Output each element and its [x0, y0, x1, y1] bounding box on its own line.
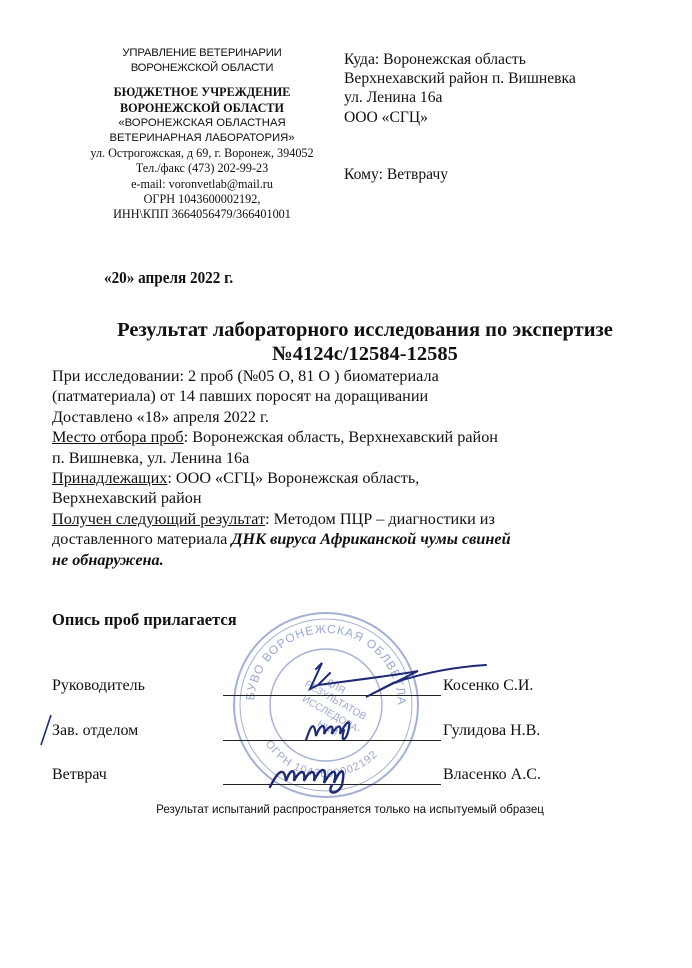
sampling-place: Место отбора проб: Воронежская область, … [52, 427, 652, 447]
result-highlight-2: не обнаружена. [52, 550, 652, 570]
role-dept: Зав. отделом [52, 722, 138, 740]
institution-line-1: БЮДЖЕТНОЕ УЧРЕЖДЕНИЕ [52, 85, 352, 100]
recipient-whom: Кому: Ветврачу [344, 165, 684, 184]
title-line-2: №4124с/12584-12585 [40, 342, 690, 366]
issuer-phone: Тел./факс (473) 202-99-23 [52, 161, 352, 176]
signature-dept-icon [300, 710, 370, 746]
result-line-2: доставленного материала ДНК вируса Африк… [52, 529, 652, 549]
recipient-line-2: Верхнехавский район п. Вишневка [344, 69, 684, 88]
sampling-place-value: : Воронежская область, Верхнехавский рай… [184, 428, 498, 446]
result-line-1: Получен следующий результат: Методом ПЦР… [52, 509, 642, 529]
issuer-address: ул. Острогожская, д 69, г. Воронеж, 3940… [52, 146, 352, 161]
recipient-line-4: ООО «СГЦ» [344, 108, 684, 127]
institution-name-1: «ВОРОНЕЖСКАЯ ОБЛАСТНАЯ [52, 116, 352, 131]
signature-head-icon [258, 655, 488, 710]
name-vet: Власенко А.С. [443, 766, 541, 784]
issuer-ogrn: ОГРН 1043600002192, [52, 192, 352, 207]
owner: Принадлежащих: ООО «СГЦ» Воронежская обл… [52, 468, 652, 488]
department-line-2: ВОРОНЕЖСКОЙ ОБЛАСТИ [52, 61, 352, 76]
institution-name-2: ВЕТЕРИНАРНАЯ ЛАБОРАТОРИЯ» [52, 131, 352, 146]
signature-row-vet: Ветврач Власенко А.С. [52, 766, 672, 788]
document-body: При исследовании: 2 проб (№05 О, 81 О ) … [52, 366, 652, 570]
issuer-header: УПРАВЛЕНИЕ ВЕТЕРИНАРИИ ВОРОНЕЖСКОЙ ОБЛАС… [52, 46, 352, 222]
owner-label: Принадлежащих [52, 469, 167, 487]
issuer-inn-kpp: ИНН\КПП 3664056479/366401001 [52, 207, 352, 222]
issuer-email: e-mail: voronvetlab@mail.ru [52, 177, 352, 192]
signature-vet-icon [266, 755, 362, 797]
title-line-1: Результат лабораторного исследования по … [40, 318, 690, 342]
check-mark-icon [38, 713, 54, 747]
study-line-2: (патматериала) от 14 павших поросят на д… [52, 386, 652, 406]
recipient-line-3: ул. Ленина 16а [344, 88, 684, 107]
result-method: : Методом ПЦР – диагностики из [265, 510, 495, 528]
result-material: доставленного материала [52, 530, 231, 548]
department-line-1: УПРАВЛЕНИЕ ВЕТЕРИНАРИИ [52, 46, 352, 61]
result-highlight-1: ДНК вируса Африканской чумы свиней [231, 530, 510, 548]
sampling-place-label: Место отбора проб [52, 428, 184, 446]
document-title: Результат лабораторного исследования по … [40, 318, 690, 366]
study-line-1: При исследовании: 2 проб (№05 О, 81 О ) … [52, 366, 652, 386]
name-dept: Гулидова Н.В. [443, 722, 540, 740]
owner-value: : ООО «СГЦ» Воронежская область, [167, 469, 419, 487]
appendix-note: Опись проб прилагается [52, 610, 237, 630]
role-head: Руководитель [52, 677, 145, 695]
recipient-block: Куда: Воронежская область Верхнехавский … [344, 50, 684, 184]
recipient-line-1: Куда: Воронежская область [344, 50, 684, 69]
delivered-date: Доставлено «18» апреля 2022 г. [52, 407, 652, 427]
role-vet: Ветврач [52, 766, 107, 784]
document-date: «20» апреля 2022 г. [104, 268, 233, 288]
institution-line-2: ВОРОНЕЖСКОЙ ОБЛАСТИ [52, 101, 352, 116]
sampling-place-cont: п. Вишневка, ул. Ленина 16а [52, 448, 652, 468]
owner-cont: Верхнехавский район [52, 488, 652, 508]
footnote: Результат испытаний распространяется тол… [100, 803, 600, 816]
result-label: Получен следующий результат [52, 510, 265, 528]
